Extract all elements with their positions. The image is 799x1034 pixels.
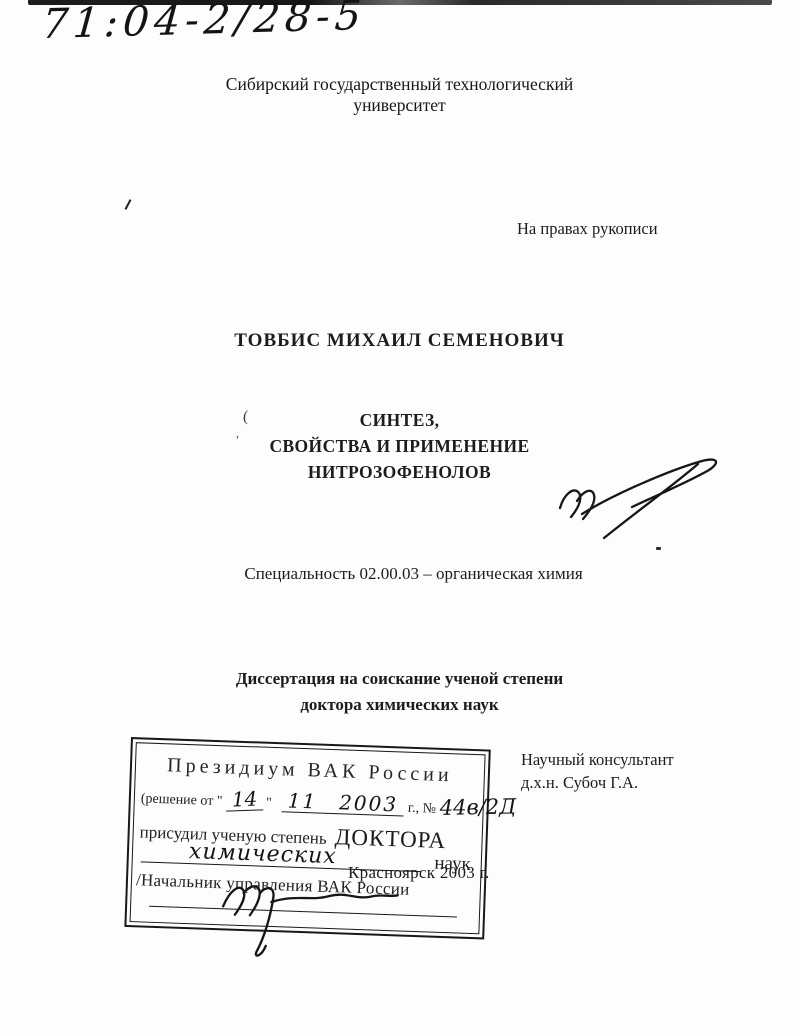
author-signature <box>552 442 737 552</box>
handwritten-decision-number: 44в/2Д <box>440 794 517 819</box>
handwritten-catalog-number: 71:04-2/28-5 <box>40 0 368 48</box>
handwritten-day: 14 <box>225 788 263 811</box>
handwritten-month-year: 112003 <box>281 790 404 816</box>
consultant-label: Научный консультант <box>521 748 674 771</box>
specialty-line: Специальность 02.00.03 – органическая хи… <box>14 564 799 584</box>
vak-approval-stamp: Президиум ВАК России (решение от " 14 " … <box>124 737 490 939</box>
scientific-consultant: Научный консультант д.х.н. Субоч Г.А. <box>521 748 674 794</box>
field-gap <box>317 809 339 810</box>
scan-speck <box>656 547 661 550</box>
stray-pen-mark: , <box>236 426 239 441</box>
decision-quote: " <box>266 796 272 812</box>
university-name-line1: Сибирский государственный технологически… <box>0 74 799 95</box>
decision-unit: г., № <box>408 801 437 818</box>
university-name-line2: университет <box>0 95 799 116</box>
manuscript-rights-note: На правах рукописи <box>517 219 658 239</box>
dissertation-title-line1: СИНТЕЗ, <box>0 407 799 433</box>
handwritten-year: 2003 <box>339 790 399 816</box>
degree-statement-line1: Диссертация на соискание ученой степени <box>0 666 799 692</box>
sciences-word: наук <box>434 853 471 876</box>
degree-statement: Диссертация на соискание ученой степени … <box>0 666 799 718</box>
author-name: ТОВБИС МИХАИЛ СЕМЕНОВИЧ <box>0 330 799 352</box>
official-signature <box>203 860 416 967</box>
university-name: Сибирский государственный технологически… <box>0 74 799 116</box>
stray-pen-mark <box>125 199 132 210</box>
decision-prefix: (решение от " <box>141 791 223 810</box>
dissertation-title-page: 71:04-2/28-5 Сибирский государственный т… <box>0 0 799 1034</box>
consultant-name: д.х.н. Субоч Г.А. <box>521 771 674 794</box>
handwritten-month: 11 <box>287 789 317 814</box>
degree-statement-line2: доктора химических наук <box>0 692 799 718</box>
